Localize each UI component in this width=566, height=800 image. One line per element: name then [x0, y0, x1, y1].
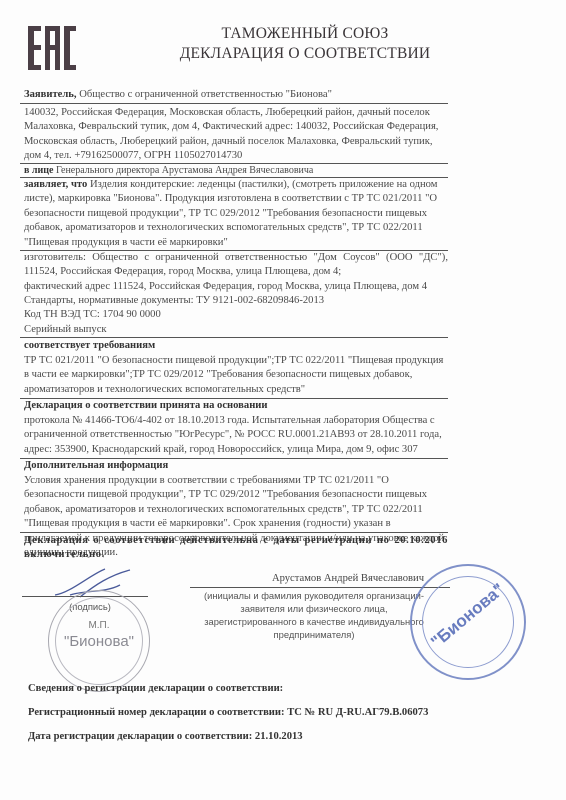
represented-by-value: Генерального директора Арустамова Андрея… [53, 165, 313, 176]
seal-name: "Бионова" [49, 633, 149, 650]
declares-label: заявляет, что [24, 179, 87, 190]
company-stamp: "Бионова" [410, 564, 526, 680]
manufacturer-line: изготовитель: Общество с ограниченной от… [24, 251, 448, 280]
signer-caption: (инициалы и фамилия руководителя организ… [200, 589, 428, 641]
validity-text: Декларация о соответствии действительна … [24, 534, 448, 563]
applicant-name: Общество с ограниченной ответственностью… [77, 89, 332, 100]
declaration-page: ТАМОЖЕННЫЙ СОЮЗ ДЕКЛАРАЦИЯ О СООТВЕТСТВИ… [0, 0, 566, 800]
divider [20, 103, 448, 104]
represented-by-label: в лице [24, 165, 53, 176]
registration-date: Дата регистрации декларации о соответств… [28, 731, 303, 742]
applicant-label: Заявитель, [24, 89, 77, 100]
signer-line [190, 587, 450, 588]
title-union: ТАМОЖЕННЫЙ СОЮЗ [150, 24, 460, 44]
basis-label: Декларация о соответствии принята на осн… [24, 399, 448, 413]
standards: Стандарты, нормативные документы: ТУ 912… [24, 294, 448, 308]
declares-block: заявляет, что Изделия кондитерские: леде… [24, 178, 448, 250]
eac-logo [26, 24, 76, 72]
applicant-address: 140032, Российская Федерация, Московская… [24, 106, 448, 164]
conforms-value: ТР ТС 021/2011 "О безопасности пищевой п… [24, 354, 448, 397]
production-type: Серийный выпуск [24, 323, 448, 337]
divider [20, 532, 448, 533]
document-title: ТАМОЖЕННЫЙ СОЮЗ ДЕКЛАРАЦИЯ О СООТВЕТСТВИ… [150, 24, 460, 64]
registration-heading: Сведения о регистрации декларации о соот… [28, 683, 283, 694]
additional-label: Дополнительная информация [24, 459, 448, 473]
title-declaration: ДЕКЛАРАЦИЯ О СООТВЕТСТВИИ [150, 44, 460, 64]
seal-label: М.П. [49, 619, 149, 632]
registration-number: Регистрационный номер декларации о соотв… [28, 707, 428, 718]
conforms-label: соответствует требованиям [24, 339, 448, 353]
signer-name: Арустамов Андрей Вячеславович [248, 573, 448, 584]
hs-code: Код ТН ВЭД ТС: 1704 90 0000 [24, 308, 448, 322]
applicant-line: Заявитель, Общество с ограниченной ответ… [24, 88, 448, 102]
seal-stamp: М.П. "Бионова" [48, 590, 150, 692]
declares-value: Изделия кондитерские: леденцы (пастилки)… [24, 179, 437, 248]
manufacturer-actual-address: фактический адрес 111524, Российская Фед… [24, 280, 448, 294]
divider [20, 337, 448, 338]
basis-value: протокола № 41466-ТО6/4-402 от 18.10.201… [24, 414, 448, 457]
